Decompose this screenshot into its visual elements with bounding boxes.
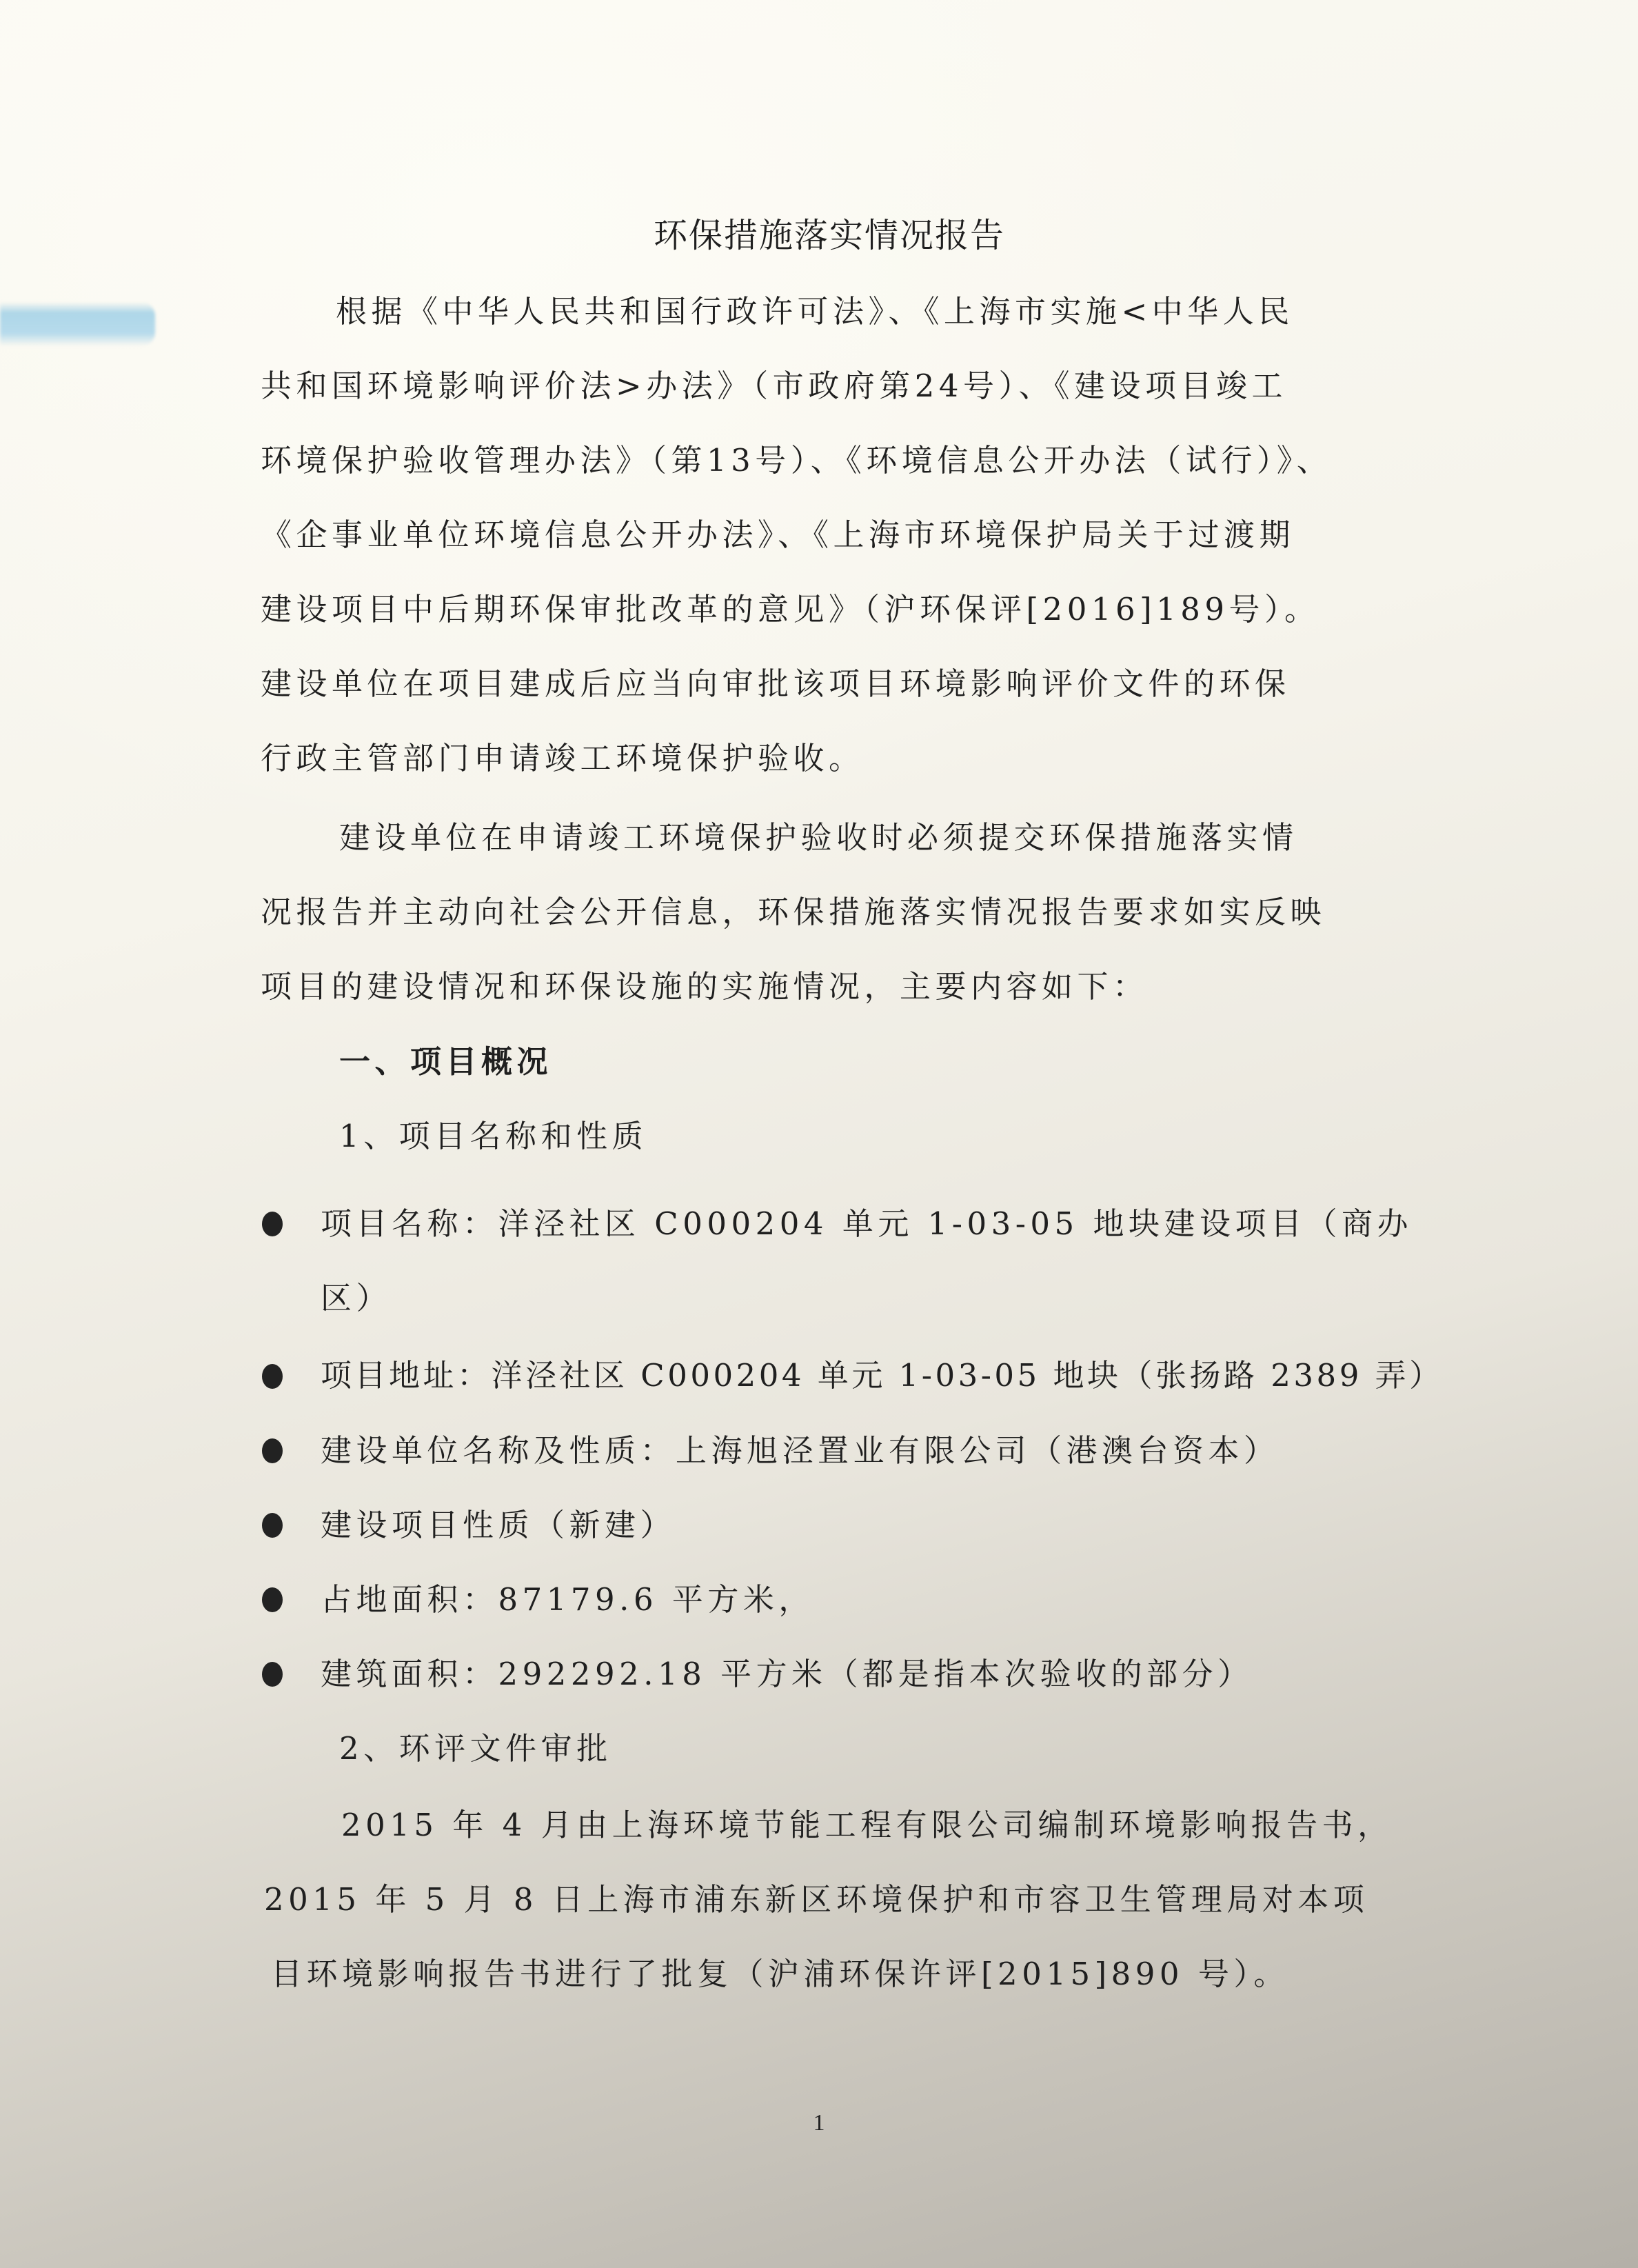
- bullet-land-area: 占地面积：87179.6 平方米，: [321, 1574, 814, 1619]
- blue-highlighter-mark: [0, 302, 155, 346]
- bullet-building-area: 建筑面积：292292.18 平方米（都是指本次验收的部分）: [321, 1649, 1253, 1694]
- paragraph1-line-5: 建设项目中后期环保审批改革的意见》（沪环保评[2016]189号）。: [261, 584, 1320, 629]
- paragraph2-line-3: 项目的建设情况和环保设施的实施情况，主要内容如下：: [261, 961, 1149, 1006]
- bullet-project-name: 项目名称：洋泾社区 C000204 单元 1-03-05 地块建设项目（商办: [321, 1198, 1413, 1243]
- document-title: 环保措施落实情况报告: [0, 209, 1638, 257]
- paragraph1-line-1: 根据《中华人民共和国行政许可法》、《上海市实施<中华人民: [336, 286, 1294, 331]
- bullet-dot-icon: [262, 1212, 283, 1236]
- paragraph3-line-2: 2015 年 5 月 8 日上海市浦东新区环境保护和市容卫生管理局对本项: [264, 1874, 1368, 1919]
- paragraph1-line-3: 环境保护验收管理办法》（第13号）、《环境信息公开办法（试行）》、: [261, 435, 1332, 480]
- bullet-project-address: 项目地址：洋泾社区 C000204 单元 1-03-05 地块（张扬路 2389…: [321, 1350, 1444, 1395]
- bullet-dot-icon: [262, 1513, 283, 1538]
- bullet-construction-unit: 建设单位名称及性质：上海旭泾置业有限公司（港澳台资本）: [321, 1425, 1280, 1470]
- bullet-dot-icon: [262, 1662, 283, 1687]
- paragraph2-line-2: 况报告并主动向社会公开信息，环保措施落实情况报告要求如实反映: [261, 887, 1326, 932]
- bullet-dot-icon: [262, 1364, 283, 1389]
- paragraph2-line-1: 建设单位在申请竣工环境保护验收时必须提交环保措施落实情: [339, 812, 1298, 857]
- paragraph1-line-4: 《企事业单位环境信息公开办法》、《上海市环境保护局关于过渡期: [261, 510, 1295, 554]
- page-number: 1: [0, 2110, 1638, 2136]
- subsection-heading-eia-approval: 2、环评文件审批: [339, 1723, 612, 1768]
- bullet-dot-icon: [262, 1438, 283, 1463]
- paragraph1-line-7: 行政主管部门申请竣工环境保护验收。: [261, 733, 865, 778]
- paragraph1-line-2: 共和国环境影响评价法>办法》（市政府第24号）、《建设项目竣工: [261, 361, 1287, 405]
- paragraph3-line-3: 目环境影响报告书进行了批复（沪浦环保许评[2015]890 号）。: [271, 1949, 1289, 1994]
- subsection-heading-name-nature: 1、项目名称和性质: [339, 1111, 647, 1156]
- section-heading-project-overview: 一、项目概况: [339, 1036, 552, 1081]
- paragraph3-line-1: 2015 年 4 月由上海环境节能工程有限公司编制环境影响报告书，: [341, 1800, 1393, 1845]
- bullet-dot-icon: [262, 1587, 283, 1612]
- bullet-project-name-continued: 区）: [321, 1273, 392, 1318]
- paragraph1-line-6: 建设单位在项目建成后应当向审批该项目环境影响评价文件的环保: [261, 659, 1291, 703]
- bullet-project-nature: 建设项目性质（新建）: [321, 1500, 676, 1545]
